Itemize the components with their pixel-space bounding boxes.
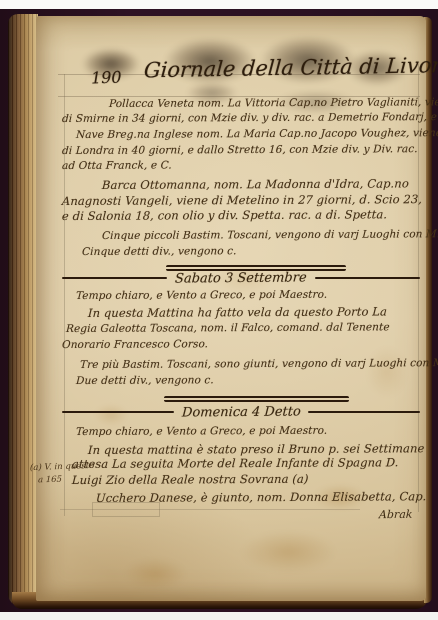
- margin-note-line2: a 165: [38, 475, 62, 486]
- manuscript-line: Anagnosti Vangeli, viene di Metelino in …: [62, 192, 423, 208]
- page-edges-left: [8, 14, 38, 606]
- scan-border-bottom: [0, 612, 438, 620]
- page-stain: [366, 346, 408, 398]
- scan-border-top: [0, 0, 438, 9]
- heading-rule-right: [308, 411, 420, 413]
- section-heading: Domenica 4 Detto: [173, 404, 309, 420]
- scan-frame: 190 Giornale della Città di Livorno Poll…: [0, 0, 438, 620]
- manuscript-line: di Londra in 40 giorni, e dallo Stretto …: [62, 143, 418, 157]
- manuscript-line: ad Otta Franck, e C.: [62, 159, 172, 172]
- manuscript-line: Pollacca Veneta nom. La Vittoria Cap.no …: [109, 96, 438, 110]
- manuscript-line: Tempo chiaro, e Vento a Greco, e poi Mae…: [76, 289, 328, 302]
- manuscript-line: e di Salonia 18, con olio y div. Spetta.…: [62, 207, 388, 223]
- manuscript-line: Tre più Bastim. Toscani, sono giunti, ve…: [80, 357, 438, 371]
- margin-note-line1: (a) V. in questo: [30, 461, 94, 473]
- manuscript-line: Onorario Francesco Corso.: [62, 338, 209, 351]
- manuscript-line: di Smirne in 34 giorni, con Mzie div. y …: [62, 111, 438, 125]
- manuscript-line: Ucchero Danese, è giunto, nom. Donna Eli…: [96, 489, 427, 505]
- heading-rule-left: [62, 277, 167, 279]
- manuscript-line: Cinque piccoli Bastim. Toscani, vengono …: [102, 228, 438, 242]
- manuscript-line: Regia Galeotta Toscana, nom. il Falco, c…: [66, 321, 390, 335]
- manuscript-line: Barca Ottomanna, nom. La Madonna d'Idra,…: [102, 176, 410, 192]
- page-title: Giornale della Città di Livorno: [143, 54, 411, 83]
- page-stain: [241, 531, 336, 573]
- section-heading-row: Domenica 4 Detto: [62, 402, 420, 422]
- manuscript-line: attesa La seguita Morte del Reale Infant…: [72, 455, 399, 471]
- manuscript-line: Luigi Zio della Reale nostra Sovrana (a): [72, 472, 309, 487]
- manuscript-line: In questa Mattina ha fatto vela da quest…: [88, 304, 388, 320]
- manuscript-line: Due detti div., vengono c.: [76, 374, 214, 387]
- manuscript-line: Cinque detti div., vengono c.: [82, 245, 237, 258]
- heading-rule-left: [62, 411, 174, 413]
- folio-number: 190: [91, 67, 122, 87]
- catchword: Abrak: [378, 508, 412, 522]
- section-heading-row: Sabato 3 Settembre: [62, 268, 420, 288]
- heading-rule-right: [315, 277, 420, 279]
- manuscript-page: 190 Giornale della Città di Livorno Poll…: [36, 16, 426, 601]
- manuscript-line: Tempo chiaro, e Vento a Greco, e poi Mae…: [76, 425, 328, 438]
- section-heading: Sabato 3 Settembre: [167, 270, 316, 286]
- pencil-guide: [64, 74, 65, 516]
- manuscript-line: Nave Breg.na Inglese nom. La Maria Cap.n…: [76, 127, 438, 141]
- book-backdrop: 190 Giornale della Città di Livorno Poll…: [0, 9, 438, 612]
- page-stain: [124, 558, 186, 590]
